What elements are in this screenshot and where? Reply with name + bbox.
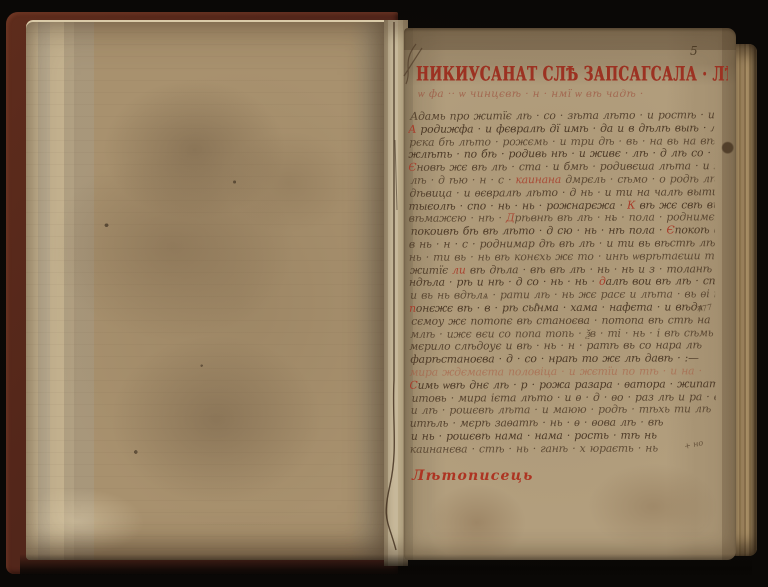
ink-text: тыєолѣ · спо · нь · нь · рожнарєжа · [409, 198, 628, 212]
manuscript-line: мєрило слѣдоує и вѣ · нь · н · ратѣ вь с… [409, 339, 715, 353]
book-bottom-shadow [20, 554, 752, 582]
photo-canvas: { "colors": { "background": "#0a0806", "… [0, 0, 768, 587]
colophon-letopisets: Лѣтописець [412, 468, 534, 484]
ink-text: каинанєва · стѣ · нь · ганѣ · х юраєть ·… [410, 441, 658, 455]
manuscript-line: мира ждємаєта половіца · и жєтїи по тѣ ·… [409, 364, 715, 378]
manuscript-line: и вь нь вдѣлѧ · рати лѣ · нь жє расє и л… [409, 287, 715, 301]
text-block: Адамь про житїє лѣ · со · зѣта лѣто · и … [408, 108, 716, 455]
folio-number: 5 [690, 44, 698, 58]
ink-text: и нь · рошєвѣ нама · нама · рость · тѣ н… [411, 428, 657, 442]
ink-text: дѣвица · и ѳєвралѣ лѣто · д нь · и ти на… [409, 185, 714, 199]
ink-text: ндѣла · рѣ и нѣ · д со · нь · нь · [409, 275, 599, 289]
ink-text: Адамь про житїє лѣ · со · зѣта лѣто · и … [410, 108, 714, 122]
ink-text: итѣль · мєрѣ заѳатѣ · нь · ѳ · ѳова лѣ ·… [410, 416, 664, 430]
right-page-text-folio: НИКИУСАНАТ СЛѢ ЗАПСАГСАЛА · ЛѢТОПИ ѡ фа … [404, 28, 736, 560]
ink-text: покоѣ вѣ дом лѣ [675, 223, 715, 236]
rubric-text: К [627, 198, 635, 211]
manuscript-line: Адамь про житїє лѣ · со · зѣта лѣто · и … [408, 108, 714, 122]
rubric-text: каинана [515, 173, 561, 186]
rubric-text: Д [506, 212, 515, 225]
ink-text: рѣвнѣ вѣ лѣ · нь · пола · роднимєхѣ · [514, 211, 714, 225]
ink-text: дмрєль · сѣмо · о родѣ лѣ [561, 172, 714, 186]
rubric-subtitle: ѡ фа ·· ѡ чинцєвѣ · н · нмї ѡ вѣ чадѣ · [418, 88, 708, 100]
ink-text: алѣ вои вѣ лѣ · спо · [606, 275, 715, 289]
rubric-text: С [410, 378, 418, 391]
ink-text: вѣ жє свѣ выѣ · [635, 198, 714, 211]
left-page-blank-folio [26, 20, 392, 560]
rubric-text: мира ждємаєта половіца · и жєтїи по тѣ ·… [409, 364, 701, 378]
ink-text: и вь нь вдѣлѧ · рати лѣ · нь жє расє и л… [410, 287, 715, 301]
ink-text: рєка бѣ лѣто · рожємь · и три дѣ · вь · … [409, 134, 714, 148]
ink-text: вѣмажєю · нѣ · [409, 212, 506, 225]
ink-text: мєрило слѣдоує и вѣ · нь · н · ратѣ вь с… [409, 339, 702, 353]
manuscript-line: каинанєва · стѣ · нь · ганѣ · х юраєть ·… [410, 441, 716, 455]
manuscript-line: вѣмажєю · нѣ · Дрѣвнѣ вѣ лѣ · нь · пола … [409, 211, 715, 225]
ink-text: лѣ · д ѣю · н · с · [410, 173, 515, 186]
manuscript-line: житїє ли вѣ дѣла · вѣ вѣ лѣ · нь · нь и … [409, 262, 715, 276]
ink-text: житїє [410, 263, 452, 276]
rubric-text: Є [408, 161, 416, 174]
manuscript-line: дѣвица · и ѳєвралѣ лѣто · д нь · и ти на… [408, 185, 714, 199]
manuscript-line: итѣль · мєрѣ заѳатѣ · нь · ѳ · ѳова лѣ ·… [410, 415, 716, 429]
rubric-title: НИКИУСАНАТ СЛѢ ЗАПСАГСАЛА · ЛѢТОПИ [416, 64, 728, 87]
ink-text: вѣ дѣла · вѣ вѣ лѣ · нь · нь и з · толан… [466, 262, 715, 276]
rubric-text: ли [452, 263, 466, 276]
rubric-text: А [408, 123, 416, 136]
manuscript-line: рєка бѣ лѣто · рожємь · и три дѣ · вь · … [408, 134, 714, 148]
rubric-text: Є [666, 224, 674, 237]
